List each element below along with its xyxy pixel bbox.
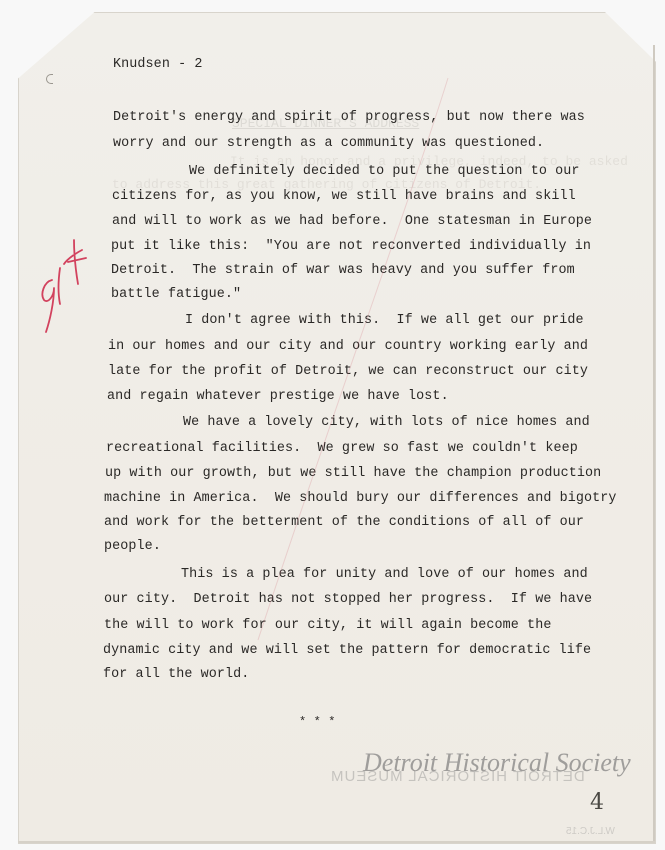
punch-hole-icon — [46, 74, 53, 84]
document-viewer: SPECIAL DINNER'S ADDRESS It is an honor … — [0, 0, 665, 850]
page-header: Knudsen - 2 — [113, 58, 203, 71]
red-pencil-note-icon — [30, 228, 90, 338]
section-separator: * * * — [299, 716, 336, 728]
text-line: and will to work as we had before. One s… — [112, 215, 592, 228]
text-line: in our homes and our city and our countr… — [108, 340, 588, 353]
text-line: We have a lovely city, with lots of nice… — [183, 416, 590, 429]
text-line: put it like this: "You are not reconvert… — [111, 240, 591, 253]
text-line: Detroit's energy and spirit of progress,… — [113, 111, 585, 124]
text-line: and regain whatever prestige we have los… — [107, 390, 449, 403]
text-line: Detroit. The strain of war was heavy and… — [111, 264, 575, 277]
text-line: We definitely decided to put the questio… — [189, 165, 580, 178]
text-line: worry and our strength as a community wa… — [113, 137, 544, 150]
catalog-number: W.L.J.C.15 — [566, 826, 615, 837]
text-line: recreational facilities. We grew so fast… — [106, 442, 578, 455]
paper-edge-right — [653, 45, 655, 842]
text-line: I don't agree with this. If we all get o… — [185, 314, 584, 327]
text-line: battle fatigue." — [111, 288, 241, 301]
text-line: for all the world. — [103, 668, 249, 681]
text-line: This is a plea for unity and love of our… — [181, 568, 588, 581]
paper-edge-bottom — [18, 841, 655, 843]
text-line: up with our growth, but we still have th… — [105, 467, 601, 480]
text-line: the will to work for our city, it will a… — [104, 619, 551, 632]
text-line: dynamic city and we will set the pattern… — [103, 644, 591, 657]
text-line: people. — [104, 540, 161, 553]
handwritten-page-number: 4 — [590, 790, 604, 815]
text-line: late for the profit of Detroit, we can r… — [108, 365, 588, 378]
text-line: and work for the betterment of the condi… — [104, 516, 584, 529]
text-line: machine in America. We should bury our d… — [104, 492, 617, 505]
watermark: Detroit Historical Society — [363, 748, 631, 778]
text-line: our city. Detroit has not stopped her pr… — [104, 593, 592, 606]
text-line: citizens for, as you know, we still have… — [112, 190, 576, 203]
